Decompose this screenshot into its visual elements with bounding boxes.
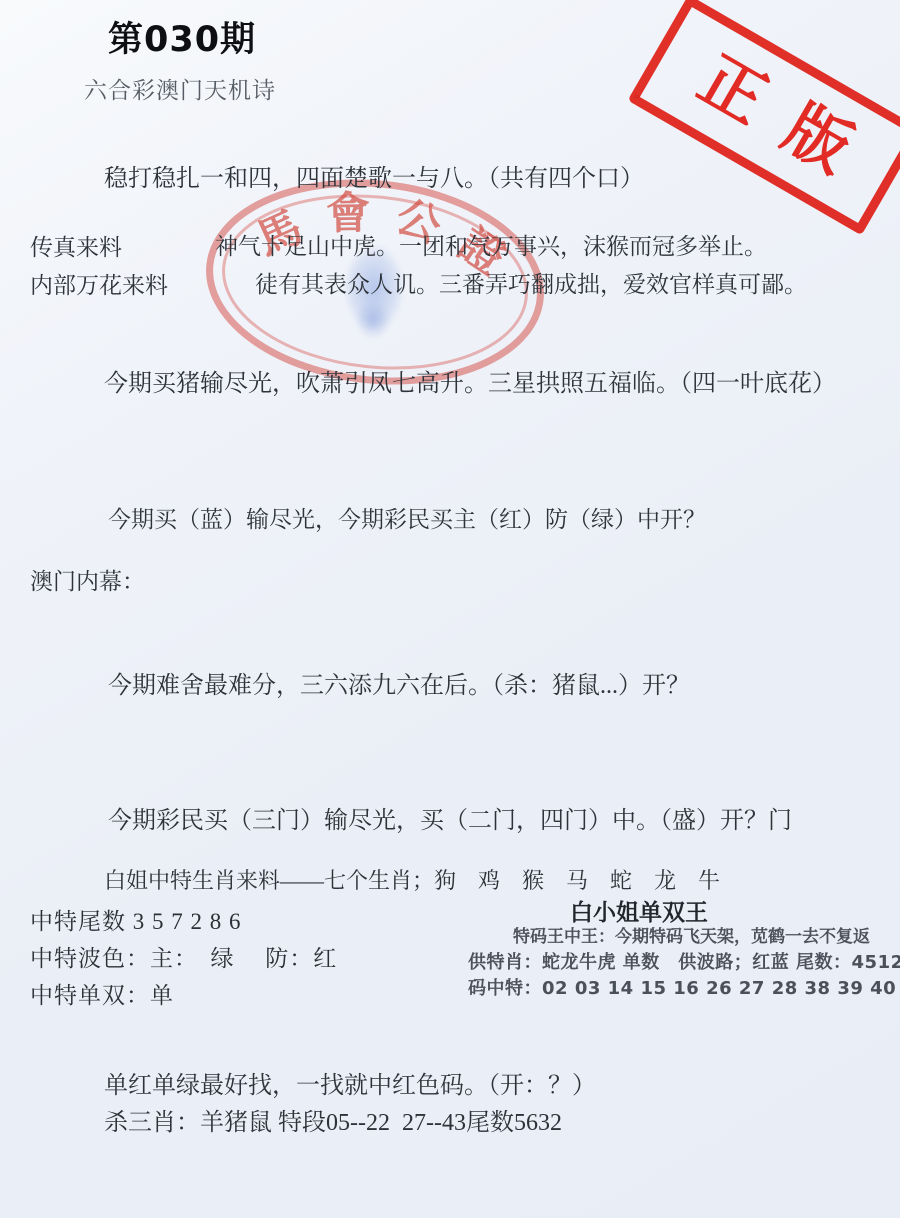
issue-number-title: 第030期 <box>108 12 256 62</box>
sheet-subtitle: 六合彩澳门天机诗 <box>84 72 276 105</box>
special-wave-colors: 中特波色：主： 绿 防：红 <box>30 940 337 973</box>
macau-insider-label: 澳门内幕： <box>30 563 145 596</box>
fax-source-label: 传真来料 <box>30 229 122 262</box>
genuine-stamp: 正版 <box>628 0 900 235</box>
red-green-verse: 单红单绿最好找，一找就中红色码。（开：？） <box>104 1065 596 1100</box>
pig-verse: 今期买猪输尽光，吹萧引凤七高升。三星拱照五福临。（四一叶底花） <box>104 363 836 398</box>
special-odd-even: 中特单双：单 <box>30 977 174 1010</box>
internal-source-label: 内部万花来料 <box>30 267 168 300</box>
internal-source-verse: 徒有其表众人讥。三番弄巧翻成拙，爱效官样真可鄙。 <box>255 266 807 299</box>
color-verse: 今期买（蓝）输尽光，今期彩民买主（红）防（绿）中开？ <box>108 501 706 534</box>
tip-sheet-page: 馬會公證 正版 第030期 六合彩澳门天机诗 稳打稳扎一和四，四面楚歌一与八。（… <box>0 0 900 1218</box>
blue-ink-smudge-small <box>355 300 391 340</box>
opening-verse: 稳打稳扎一和四，四面楚歌一与八。（共有四个口） <box>104 158 644 193</box>
genuine-stamp-label: 正版 <box>659 30 890 200</box>
offered-zodiac-line: 供特肖：蛇龙牛虎 单数 供波路；红蓝 尾数：4512 <box>468 948 900 974</box>
fax-source-verse: 神气十足山中虎。一团和气万事兴，沫猴而冠多举止。 <box>215 228 767 261</box>
special-tail-numbers: 中特尾数 3 5 7 2 8 6 <box>30 903 242 936</box>
code-numbers-line: 码中特：02 03 14 15 16 26 27 28 38 39 40 44 … <box>468 974 900 1000</box>
kill-three-zodiac-line: 杀三肖：羊猪鼠 特段05--22 27--43尾数5632 <box>104 1102 562 1137</box>
zodiac-verse: 白姐中特生肖来料——七个生肖；狗 鸡 猴 马 蛇 龙 牛 <box>104 864 720 895</box>
door-verse: 今期彩民买（三门）输尽光，买（二门，四门）中。（盛）开？门 <box>108 800 792 835</box>
special-code-king-line: 特码王中王：今期特码飞天架，苋鹤一去不复返 <box>513 922 870 947</box>
hard-verse: 今期难舍最难分，三六添九六在后。（杀：猪鼠...）开？ <box>108 665 690 700</box>
